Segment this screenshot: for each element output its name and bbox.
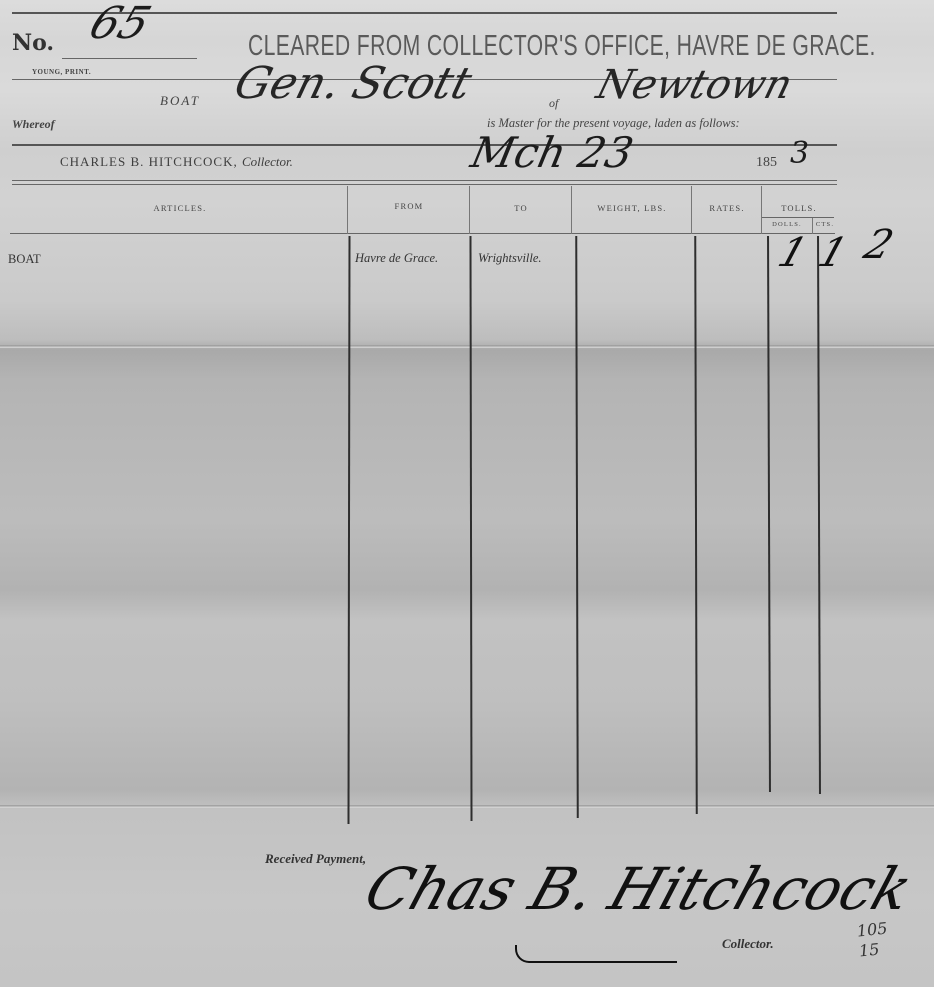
column-divider: [469, 236, 472, 821]
printer-credit: YOUNG, PRINT.: [32, 68, 91, 76]
column-subheader-dollars: DOLLS.: [762, 221, 812, 228]
collector-title: Collector.: [242, 154, 293, 169]
tolls-subheader-rule: [762, 217, 834, 218]
rule-under-collector-2: [12, 184, 837, 185]
column-header-from: FROM: [350, 201, 468, 211]
collector-name: CHARLES B. HITCHCOCK, Collector.: [60, 154, 293, 170]
number-underline: [62, 58, 197, 59]
column-divider: [347, 186, 348, 234]
margin-note-handwritten: 105 15: [856, 919, 891, 962]
column-divider: [575, 236, 578, 818]
column-header-rates: RATES.: [693, 203, 761, 213]
column-divider: [691, 186, 692, 234]
rule-under-whereof: [12, 144, 837, 146]
document-page: No. 65 YOUNG, PRINT. CLEARED FROM COLLEC…: [0, 0, 934, 987]
year-printed: 185: [756, 155, 777, 171]
column-divider: [767, 236, 770, 792]
of-label: of: [549, 96, 558, 111]
date-handwritten: Mch 23: [467, 128, 638, 177]
column-divider: [347, 236, 350, 824]
rule-under-collector: [12, 180, 837, 181]
received-payment-label: Received Payment,: [265, 851, 366, 867]
year-digit-handwritten: 3: [790, 136, 809, 171]
column-divider: [469, 186, 470, 234]
number-value-handwritten: 65: [83, 0, 158, 49]
signature-flourish: [515, 945, 677, 963]
column-subheader-cents: CTS.: [814, 221, 836, 228]
cell-tolls-dollars: 1: [773, 230, 813, 276]
collector-name-text: CHARLES B. HITCHCOCK,: [60, 154, 238, 169]
table-header-rule: [10, 233, 835, 234]
cell-from: Havre de Grace.: [355, 251, 438, 266]
column-divider: [817, 236, 820, 794]
column-header-articles: ARTICLES.: [100, 203, 260, 213]
collector-signature: Chas B. Hitchcock: [357, 855, 920, 923]
home-port-handwritten: Newtown: [592, 62, 797, 108]
fold-crease: [0, 345, 934, 348]
column-divider: [694, 236, 697, 814]
collector-label: Collector.: [722, 936, 774, 952]
column-header-weight: WEIGHT, LBS.: [574, 203, 690, 213]
whereof-label: Whereof: [12, 117, 55, 132]
boat-label: BOAT: [160, 93, 200, 109]
number-label: No.: [12, 30, 54, 56]
cell-tolls-extra: 2: [859, 222, 899, 268]
cell-articles: BOAT: [8, 252, 41, 267]
fold-crease: [0, 805, 934, 808]
column-header-to: TO: [472, 203, 570, 213]
cell-to: Wrightsville.: [478, 251, 542, 266]
column-header-tolls: TOLLS.: [763, 203, 835, 213]
column-divider: [571, 186, 572, 234]
boat-name-handwritten: Gen. Scott: [229, 58, 477, 109]
